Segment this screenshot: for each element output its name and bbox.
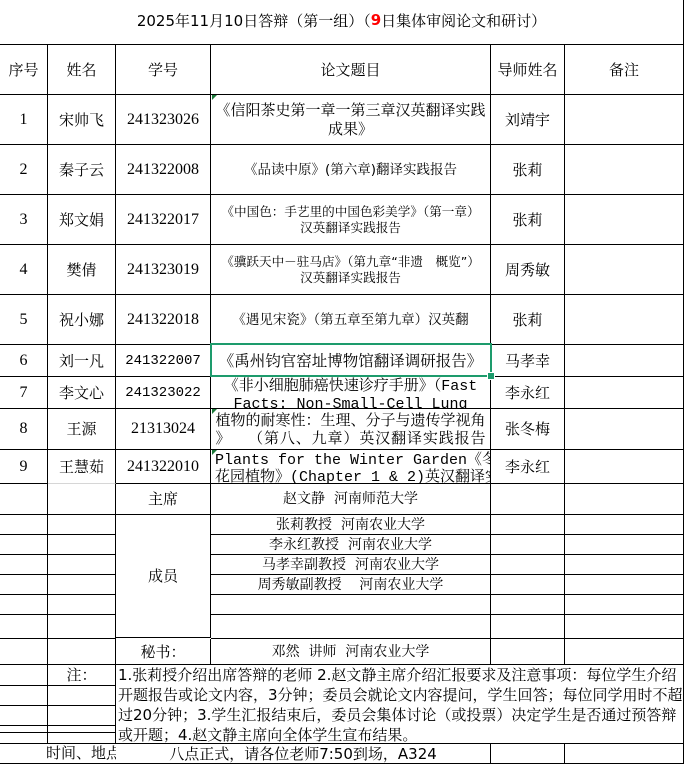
- cell-thesis-title[interactable]: 《品读中原》(第六章)翻译实践报告: [211, 145, 491, 195]
- cell-name[interactable]: 祝小娜: [48, 295, 116, 345]
- advisor-text: 张莉: [512, 211, 542, 229]
- title-suffix: 日集体审阅论文和研讨）: [381, 10, 546, 31]
- thesis-title-line: 汉英翻译实践报告: [300, 270, 401, 286]
- title-highlight-day: 9: [371, 11, 381, 29]
- table-row: 6 刘一凡 241322007 《禹州钧官窑址博物馆翻译调研报告》 马孝幸: [0, 345, 684, 377]
- cell-member[interactable]: 马孝幸副教授 河南农业大学: [211, 555, 491, 575]
- cell-empty[interactable]: [565, 484, 684, 515]
- thesis-title-line: Facts: Non-Small-Cell Lung: [233, 396, 467, 409]
- table-row: 8 王源 21313024 植物的耐寒性：生理、分子与遗传学视角 》 （第八、九…: [0, 409, 684, 450]
- cell-empty[interactable]: [48, 484, 116, 515]
- cell-empty[interactable]: [48, 515, 116, 535]
- student-id-text: 241322010: [127, 458, 199, 476]
- cell-advisor[interactable]: 张冬梅: [491, 409, 565, 450]
- table-row: 5 祝小娜 241322018 《遇见宋瓷》（第五章至第九章）汉英翻 张莉: [0, 295, 684, 345]
- cell-advisor[interactable]: 张莉: [491, 195, 565, 245]
- sheet-title[interactable]: 2025年11月10日答辩（第一组）（9日集体审阅论文和研讨）: [0, 0, 684, 45]
- cell-empty[interactable]: [48, 555, 116, 575]
- secretary-label: 秘书：: [140, 643, 185, 661]
- header-label: 论文题目: [320, 61, 380, 79]
- notes-label: 注：: [66, 666, 96, 684]
- header-remarks[interactable]: 备注: [565, 45, 684, 95]
- cell-empty[interactable]: [0, 484, 48, 515]
- cell-student-id[interactable]: 241323019: [116, 245, 211, 295]
- cell-advisor[interactable]: 张莉: [491, 145, 565, 195]
- cell-chair[interactable]: 赵文静 河南师范大学: [211, 484, 491, 515]
- cell-remarks[interactable]: [565, 345, 684, 377]
- chair-text: 赵文静 河南师范大学: [283, 490, 418, 508]
- cell-student-id[interactable]: 241322017: [116, 195, 211, 245]
- cell-thesis-title[interactable]: 《非小细胞肺癌快速诊疗手册》（Fast Facts: Non-Small-Cel…: [211, 377, 491, 409]
- cell-empty[interactable]: [48, 595, 116, 615]
- name-text: 宋帅飞: [59, 111, 104, 129]
- cell-empty[interactable]: [0, 535, 48, 555]
- cell-empty[interactable]: [0, 706, 48, 726]
- time-place-text: 八点正式，请各位老师7:50到场，A324: [169, 745, 437, 763]
- member-text: 李永红教授 河南农业大学: [269, 536, 432, 554]
- index-text: 1: [20, 111, 28, 129]
- cell-name[interactable]: 李文心: [48, 377, 116, 409]
- notes-line: 过20分钟；3.学生汇报结束后，委员会集体讨论（或投票）决定学生是否通过预答辩: [118, 705, 683, 725]
- cell-index[interactable]: 9: [0, 450, 48, 484]
- index-text: 6: [20, 352, 28, 370]
- error-indicator-icon[interactable]: [212, 450, 217, 455]
- student-id-text: 241322007: [125, 352, 201, 370]
- chair-label: 主席: [148, 490, 178, 508]
- thesis-title-line: 《非小细胞肺癌快速诊疗手册》（Fast: [224, 378, 478, 396]
- index-text: 7: [20, 384, 28, 402]
- cell-empty[interactable]: [565, 595, 684, 615]
- committee-chair-row: 主席 赵文静 河南师范大学: [0, 484, 684, 515]
- cell-remarks[interactable]: [565, 195, 684, 245]
- table-row: 3 郑文娟 241322017 《中国色：手艺里的中国色彩美学》（第一章） 汉英…: [0, 195, 684, 245]
- cell-index[interactable]: 6: [0, 345, 48, 377]
- cell-empty[interactable]: [48, 686, 116, 706]
- cell-empty[interactable]: [491, 639, 565, 665]
- cell-empty[interactable]: [565, 615, 684, 639]
- cell-thesis-title[interactable]: 植物的耐寒性：生理、分子与遗传学视角 》 （第八、九章）英汉翻译实践报告: [211, 409, 491, 450]
- thesis-title-line: 植物的耐寒性：生理、分子与遗传学视角: [216, 411, 486, 429]
- cell-index[interactable]: 4: [0, 245, 48, 295]
- cell-empty[interactable]: [0, 595, 48, 615]
- cell-student-id[interactable]: 241323022: [116, 377, 211, 409]
- cell-name[interactable]: 王慧茹: [48, 450, 116, 484]
- cell-empty[interactable]: [0, 639, 48, 665]
- name-text: 王慧茹: [59, 458, 104, 476]
- thesis-title-line: 成果》: [328, 120, 373, 139]
- cell-thesis-title[interactable]: 《信阳茶史第一章一第三章汉英翻译实践 成果》: [211, 95, 491, 145]
- table-row: 2 秦子云 241322008 《品读中原》(第六章)翻译实践报告 张莉: [0, 145, 684, 195]
- cell-empty[interactable]: [0, 686, 48, 706]
- cell-empty[interactable]: [491, 595, 565, 615]
- header-label: 导师姓名: [497, 61, 557, 79]
- header-label: 学号: [148, 61, 178, 79]
- cell-empty[interactable]: [565, 639, 684, 665]
- index-text: 5: [20, 311, 28, 329]
- cell-advisor[interactable]: 马孝幸: [491, 345, 565, 377]
- member-text: 马孝幸副教授 河南农业大学: [262, 556, 439, 574]
- cell-student-id[interactable]: 241323026: [116, 95, 211, 145]
- student-id-text: 21313024: [131, 420, 195, 438]
- name-text: 秦子云: [59, 161, 104, 179]
- cell-empty[interactable]: [491, 535, 565, 555]
- thesis-title-line: 《品读中原》(第六章)翻译实践报告: [244, 162, 457, 178]
- notes-line: 或开题；4.赵文静主席向全体学生宣布结果。: [118, 725, 683, 744]
- cell-empty[interactable]: [0, 615, 48, 639]
- cell-member[interactable]: [211, 615, 491, 639]
- committee-member-row: 李永红教授 河南农业大学: [0, 535, 684, 555]
- student-id-text: 241323019: [127, 261, 199, 279]
- cell-remarks[interactable]: [565, 409, 684, 450]
- committee-member-row: [0, 595, 684, 615]
- cell-empty[interactable]: [0, 726, 48, 733]
- cell-student-id[interactable]: 241322018: [116, 295, 211, 345]
- thesis-title-line: 《中国色：手艺里的中国色彩美学》（第一章）: [221, 204, 479, 220]
- thesis-title-line: 《骥跃天中－驻马店》（第九章“非遗 概览”）: [221, 254, 480, 270]
- cell-empty[interactable]: [48, 575, 116, 595]
- advisor-text: 周秀敏: [505, 261, 550, 279]
- cell-empty[interactable]: [48, 615, 116, 639]
- cell-name[interactable]: 郑文娟: [48, 195, 116, 245]
- cell-member[interactable]: 张莉教授 河南农业大学: [211, 515, 491, 535]
- member-text: 周秀敏副教授 河南农业大学: [258, 576, 444, 594]
- cell-empty[interactable]: [0, 575, 48, 595]
- thesis-title-line: 花园植物》(Chapter 1 & 2)英汉翻译实: [215, 469, 491, 484]
- cell-remarks[interactable]: [565, 95, 684, 145]
- cell-name[interactable]: 樊倩: [48, 245, 116, 295]
- member-text: 张莉教授 河南农业大学: [276, 516, 425, 534]
- thesis-title-line: 汉英翻译实践报告: [300, 220, 401, 236]
- advisor-text: 李永红: [505, 384, 550, 402]
- cell-empty[interactable]: [0, 515, 48, 535]
- header-label: 姓名: [66, 61, 96, 79]
- cell-student-id[interactable]: 21313024: [116, 409, 211, 450]
- committee-member-row: [0, 615, 684, 639]
- cell-name[interactable]: 王源: [48, 409, 116, 450]
- cell-empty[interactable]: [565, 535, 684, 555]
- advisor-text: 马孝幸: [505, 352, 550, 370]
- thesis-title-line: 《遇见宋瓷》（第五章至第九章）汉英翻: [232, 312, 468, 328]
- spreadsheet: 2025年11月10日答辩（第一组）（9日集体审阅论文和研讨） 序号 姓名 学号…: [0, 0, 685, 765]
- cell-empty[interactable]: [48, 706, 116, 726]
- advisor-text: 张莉: [512, 161, 542, 179]
- cell-index[interactable]: 8: [0, 409, 48, 450]
- cell-student-id[interactable]: 241322008: [116, 145, 211, 195]
- index-text: 4: [20, 261, 28, 279]
- header-student-id[interactable]: 学号: [116, 45, 211, 95]
- cell-empty[interactable]: [491, 575, 565, 595]
- name-text: 郑文娟: [59, 211, 104, 229]
- student-id-text: 241322008: [127, 161, 199, 179]
- committee-member-row: 张莉教授 河南农业大学: [0, 515, 684, 535]
- cell-advisor[interactable]: 刘靖宇: [491, 95, 565, 145]
- cell-empty[interactable]: [565, 744, 684, 764]
- header-label: 备注: [609, 61, 639, 79]
- table-row: 7 李文心 241323022 《非小细胞肺癌快速诊疗手册》（Fast Fact…: [0, 377, 684, 409]
- cell-index[interactable]: 1: [0, 95, 48, 145]
- student-id-text: 241322017: [127, 211, 199, 229]
- cell-remarks[interactable]: [565, 450, 684, 484]
- cell-index[interactable]: 5: [0, 295, 48, 345]
- cell-thesis-title[interactable]: 《中国色：手艺里的中国色彩美学》（第一章） 汉英翻译实践报告: [211, 195, 491, 245]
- student-id-text: 241322018: [127, 311, 199, 329]
- advisor-text: 张莉: [512, 311, 542, 329]
- table-row: 1 宋帅飞 241323026 《信阳茶史第一章一第三章汉英翻译实践 成果》 刘…: [0, 95, 684, 145]
- cell-empty[interactable]: [48, 726, 116, 733]
- header-label: 序号: [8, 61, 38, 79]
- name-text: 樊倩: [66, 261, 96, 279]
- cell-secretary[interactable]: 邓然 讲师 河南农业大学: [211, 639, 491, 665]
- name-text: 刘一凡: [59, 352, 104, 370]
- name-text: 王源: [66, 420, 96, 438]
- cell-empty[interactable]: [48, 535, 116, 555]
- cell-members-label[interactable]: 成员: [116, 514, 211, 638]
- cell-secretary-label[interactable]: 秘书：: [116, 639, 211, 665]
- error-indicator-icon[interactable]: [212, 409, 217, 414]
- cell-thesis-title[interactable]: Plants for the Winter Garden《冬季 花园植物》(Ch…: [211, 450, 491, 484]
- cell-chair-label[interactable]: 主席: [116, 484, 211, 515]
- student-id-text: 241323022: [125, 384, 201, 402]
- header-advisor[interactable]: 导师姓名: [491, 45, 565, 95]
- cell-empty[interactable]: [491, 484, 565, 515]
- cell-remarks[interactable]: [565, 377, 684, 409]
- cell-student-id[interactable]: 241322010: [116, 450, 211, 484]
- advisor-text: 李永红: [505, 458, 550, 476]
- name-text: 李文心: [59, 384, 104, 402]
- cell-empty[interactable]: [48, 639, 116, 665]
- cell-advisor[interactable]: 张莉: [491, 295, 565, 345]
- cell-remarks[interactable]: [565, 245, 684, 295]
- members-label: 成员: [148, 565, 178, 586]
- cell-thesis-title[interactable]: 《遇见宋瓷》（第五章至第九章）汉英翻: [211, 295, 491, 345]
- student-id-text: 241323026: [127, 111, 199, 129]
- thesis-title-line: 《信阳茶史第一章一第三章汉英翻译实践: [215, 101, 485, 120]
- index-text: 9: [20, 458, 28, 476]
- cell-empty[interactable]: [491, 555, 565, 575]
- index-text: 2: [20, 161, 28, 179]
- index-text: 8: [20, 420, 28, 438]
- cell-remarks[interactable]: [565, 295, 684, 345]
- cell-advisor[interactable]: 周秀敏: [491, 245, 565, 295]
- cell-empty[interactable]: [565, 515, 684, 535]
- cell-index[interactable]: 7: [0, 377, 48, 409]
- cell-name[interactable]: 刘一凡: [48, 345, 116, 377]
- header-row: 序号 姓名 学号 论文题目 导师姓名 备注: [0, 44, 684, 95]
- cell-notes-label[interactable]: 注：: [48, 665, 116, 686]
- committee-member-row: 马孝幸副教授 河南农业大学: [0, 555, 684, 575]
- secretary-text: 邓然 讲师 河南农业大学: [272, 643, 430, 661]
- notes-line: 开题报告或论文内容，3分钟；委员会就论文内容提问，学生回答；每位同学用时不超: [118, 685, 683, 705]
- advisor-text: 张冬梅: [505, 420, 550, 438]
- thesis-title-line: 《禹州钧官窑址博物馆翻译调研报告》: [219, 352, 483, 370]
- cell-index[interactable]: 3: [0, 195, 48, 245]
- cell-empty[interactable]: [0, 665, 48, 686]
- cell-remarks[interactable]: [565, 145, 684, 195]
- error-indicator-icon[interactable]: [212, 95, 217, 100]
- header-name[interactable]: 姓名: [48, 45, 116, 95]
- notes-line: 1.张莉授介绍出席答辩的老师 2.赵文静主席介绍汇报要求及注意事项：每位学生介绍: [118, 665, 683, 685]
- cell-member[interactable]: [211, 595, 491, 615]
- thesis-title-line: 》 （第八、九章）英汉翻译实践报告: [216, 429, 486, 447]
- advisor-text: 刘靖宇: [505, 111, 550, 129]
- cell-thesis-title-selected[interactable]: 《禹州钧官窑址博物馆翻译调研报告》: [211, 345, 491, 377]
- thesis-title-line: Plants for the Winter Garden《冬季: [215, 452, 491, 469]
- cell-time-place-value[interactable]: 八点正式，请各位老师7:50到场，A324: [116, 744, 491, 764]
- cell-advisor[interactable]: 李永红: [491, 450, 565, 484]
- committee-member-row: 周秀敏副教授 河南农业大学: [0, 575, 684, 595]
- name-text: 祝小娜: [59, 311, 104, 329]
- cell-empty[interactable]: [0, 555, 48, 575]
- cell-name[interactable]: 秦子云: [48, 145, 116, 195]
- cell-empty[interactable]: [491, 615, 565, 639]
- cell-notes-text[interactable]: 1.张莉授介绍出席答辩的老师 2.赵文静主席介绍汇报要求及注意事项：每位学生介绍…: [116, 664, 684, 744]
- cell-member[interactable]: 周秀敏副教授 河南农业大学: [211, 575, 491, 595]
- table-row: 4 樊倩 241323019 《骥跃天中－驻马店》（第九章“非遗 概览”） 汉英…: [0, 245, 684, 295]
- committee-secretary-row: 秘书： 邓然 讲师 河南农业大学: [0, 639, 684, 665]
- cell-empty[interactable]: [491, 515, 565, 535]
- cell-empty[interactable]: [491, 744, 565, 764]
- time-place-row: 八点正式，请各位老师7:50到场，A324: [0, 744, 684, 764]
- cell-advisor[interactable]: 李永红: [491, 377, 565, 409]
- cell-empty[interactable]: [565, 555, 684, 575]
- cell-index[interactable]: 2: [0, 145, 48, 195]
- title-prefix: 2025年11月10日答辩（第一组）（: [137, 10, 371, 31]
- header-index[interactable]: 序号: [0, 45, 48, 95]
- header-thesis-title[interactable]: 论文题目: [211, 45, 491, 95]
- cell-student-id[interactable]: 241322007: [116, 345, 211, 377]
- table-row: 9 王慧茹 241322010 Plants for the Winter Ga…: [0, 450, 684, 484]
- cell-empty[interactable]: [565, 575, 684, 595]
- cell-thesis-title[interactable]: 《骥跃天中－驻马店》（第九章“非遗 概览”） 汉英翻译实践报告: [211, 245, 491, 295]
- cell-member[interactable]: 李永红教授 河南农业大学: [211, 535, 491, 555]
- index-text: 3: [20, 211, 28, 229]
- cell-name[interactable]: 宋帅飞: [48, 95, 116, 145]
